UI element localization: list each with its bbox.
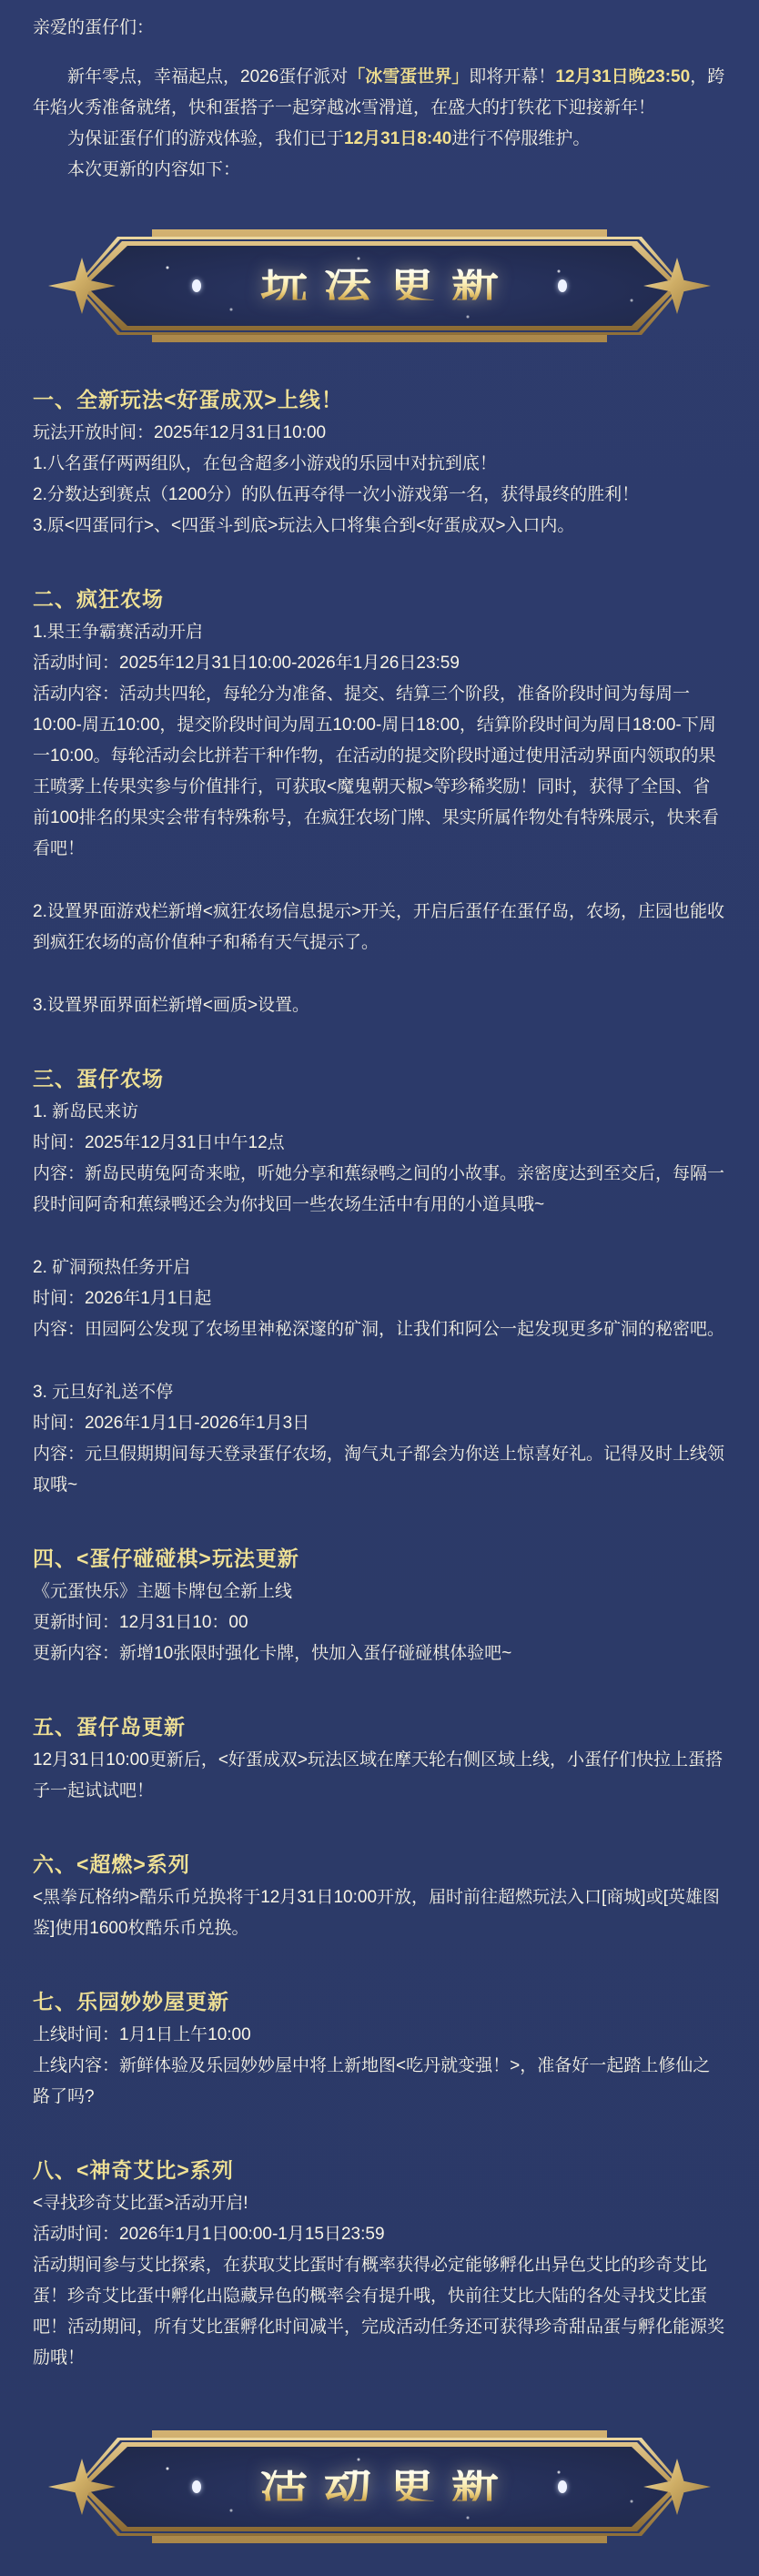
body-text: 本次更新的内容如下：	[67, 160, 240, 179]
section-paragraph: 内容：田园阿公发现了农场里神秘深邃的矿洞，让我们和阿公一起发现更多矿洞的秘密吧。	[33, 1314, 726, 1345]
update-section: 三、蛋仔农场1. 新岛民来访时间：2025年12月31日中午12点内容：新岛民萌…	[33, 1063, 726, 1501]
section-paragraph: 上线内容：新鲜体验及乐园妙妙屋中将上新地图<吃丹就变强！>，准备好一起踏上修仙之…	[33, 2051, 726, 2113]
update-notice-page: 亲爱的蛋仔们： 新年零点，幸福起点，2026蛋仔派对「冰雪蛋世界」即将开幕！12…	[0, 0, 759, 2543]
body-text: 为保证蛋仔们的游戏体验，我们已于	[67, 129, 344, 148]
intro-paragraph: 为保证蛋仔们的游戏体验，我们已于12月31日8:40进行不停服维护。	[33, 124, 726, 155]
section-paragraph: 时间：2026年1月1日起	[33, 1283, 726, 1314]
update-section: 四、<蛋仔碰碰棋>玩法更新《元蛋快乐》主题卡牌包全新上线更新时间：12月31日1…	[33, 1543, 726, 1669]
update-section: 六、<超燃>系列<黑拳瓦格纳>酷乐币兑换将于12月31日10:00开放，届时前往…	[33, 1849, 726, 1944]
section-paragraph: 活动内容：活动共四轮，每轮分为准备、提交、结算三个阶段，准备阶段时间为每周一10…	[33, 679, 726, 865]
body-text: 新年零点，幸福起点，2026蛋仔派对	[67, 67, 348, 86]
intro-paragraph: 新年零点，幸福起点，2026蛋仔派对「冰雪蛋世界」即将开幕！12月31日晚23:…	[33, 62, 726, 124]
update-section: 八、<神奇艾比>系列<寻找珍奇艾比蛋>活动开启!活动时间：2026年1月1日00…	[33, 2155, 726, 2374]
update-section: 五、蛋仔岛更新12月31日10:00更新后，<好蛋成双>玩法区域在摩天轮右侧区域…	[33, 1711, 726, 1807]
banner-title: 玩法更新	[56, 269, 703, 300]
update-section: 七、乐园妙妙屋更新上线时间：1月1日上午10:00上线内容：新鲜体验及乐园妙妙屋…	[33, 1986, 726, 2113]
section-paragraph: 2. 矿洞预热任务开启	[33, 1253, 726, 1283]
section-paragraph: 活动期间参与艾比探索，在获取艾比蛋时有概率获得必定能够孵化出异色艾比的珍奇艾比蛋…	[33, 2250, 726, 2374]
section-paragraph: 活动时间：2025年12月31日10:00-2026年1月26日23:59	[33, 648, 726, 679]
body-text: 进行不停服维护。	[451, 129, 590, 148]
section-paragraph: 3.设置界面界面栏新增<画质>设置。	[33, 990, 726, 1021]
section-paragraph: <黑拳瓦格纳>酷乐币兑换将于12月31日10:00开放，届时前往超燃玩法入口[商…	[33, 1882, 726, 1944]
section-paragraph: 内容：新岛民萌兔阿奇来啦，听她分享和蕉绿鸭之间的小故事。亲密度达到至交后，每隔一…	[33, 1159, 726, 1221]
section-paragraph: 玩法开放时间：2025年12月31日10:00	[33, 418, 726, 449]
section-paragraph: 更新内容：新增10张限时强化卡牌，快加入蛋仔碰碰棋体验吧~	[33, 1638, 726, 1669]
section-paragraph: 1. 新岛民来访	[33, 1097, 726, 1128]
section-paragraph: 1.果王争霸赛活动开启	[33, 617, 726, 648]
section-title: 八、<神奇艾比>系列	[33, 2155, 726, 2186]
gameplay-update-banner: 玩法更新	[56, 229, 703, 342]
salutation: 亲爱的蛋仔们：	[33, 13, 726, 44]
section-paragraph: 内容：元旦假期期间每天登录蛋仔农场，淘气丸子都会为你送上惊喜好礼。记得及时上线领…	[33, 1439, 726, 1501]
section-title: 二、疯狂农场	[33, 583, 726, 614]
section-title: 一、全新玩法<好蛋成双>上线！	[33, 384, 726, 415]
section-title: 五、蛋仔岛更新	[33, 1711, 726, 1742]
highlight-text: 12月31日8:40	[344, 129, 451, 148]
sections: 一、全新玩法<好蛋成双>上线！玩法开放时间：2025年12月31日10:001.…	[33, 384, 726, 2374]
highlight-text: 「冰雪蛋世界」	[348, 67, 469, 86]
section-title: 七、乐园妙妙屋更新	[33, 1986, 726, 2017]
update-section: 一、全新玩法<好蛋成双>上线！玩法开放时间：2025年12月31日10:001.…	[33, 384, 726, 542]
section-paragraph: 时间：2025年12月31日中午12点	[33, 1128, 726, 1159]
section-title: 六、<超燃>系列	[33, 1849, 726, 1880]
section-paragraph: 1.八名蛋仔两两组队，在包含超多小游戏的乐园中对抗到底！	[33, 449, 726, 480]
intro-paragraphs: 新年零点，幸福起点，2026蛋仔派对「冰雪蛋世界」即将开幕！12月31日晚23:…	[33, 62, 726, 186]
banner-title: 活动更新	[56, 2470, 703, 2501]
section-paragraph: 上线时间：1月1日上午10:00	[33, 2020, 726, 2051]
section-paragraph: 《元蛋快乐》主题卡牌包全新上线	[33, 1577, 726, 1607]
section-paragraph: 2.分数达到赛点（1200分）的队伍再夺得一次小游戏第一名，获得最终的胜利！	[33, 480, 726, 511]
section-paragraph: 活动时间：2026年1月1日00:00-1月15日23:59	[33, 2219, 726, 2250]
update-section: 二、疯狂农场1.果王争霸赛活动开启活动时间：2025年12月31日10:00-2…	[33, 583, 726, 1021]
body-text: 即将开幕！	[469, 67, 555, 86]
section-paragraph: 2.设置界面游戏栏新增<疯狂农场信息提示>开关，开启后蛋仔在蛋仔岛，农场，庄园也…	[33, 897, 726, 958]
section-paragraph: <寻找珍奇艾比蛋>活动开启!	[33, 2188, 726, 2219]
section-title: 四、<蛋仔碰碰棋>玩法更新	[33, 1543, 726, 1574]
section-title: 三、蛋仔农场	[33, 1063, 726, 1094]
intro-paragraph: 本次更新的内容如下：	[33, 155, 726, 186]
section-paragraph: 3. 元旦好礼送不停	[33, 1377, 726, 1408]
section-paragraph: 3.原<四蛋同行>、<四蛋斗到底>玩法入口将集合到<好蛋成双>入口内。	[33, 511, 726, 542]
highlight-text: 12月31日晚23:50	[555, 67, 690, 86]
section-paragraph: 时间：2026年1月1日-2026年1月3日	[33, 1408, 726, 1439]
section-paragraph: 更新时间：12月31日10：00	[33, 1607, 726, 1638]
activity-update-banner: 活动更新	[56, 2430, 703, 2543]
section-paragraph: 12月31日10:00更新后，<好蛋成双>玩法区域在摩天轮右侧区域上线，小蛋仔们…	[33, 1745, 726, 1807]
